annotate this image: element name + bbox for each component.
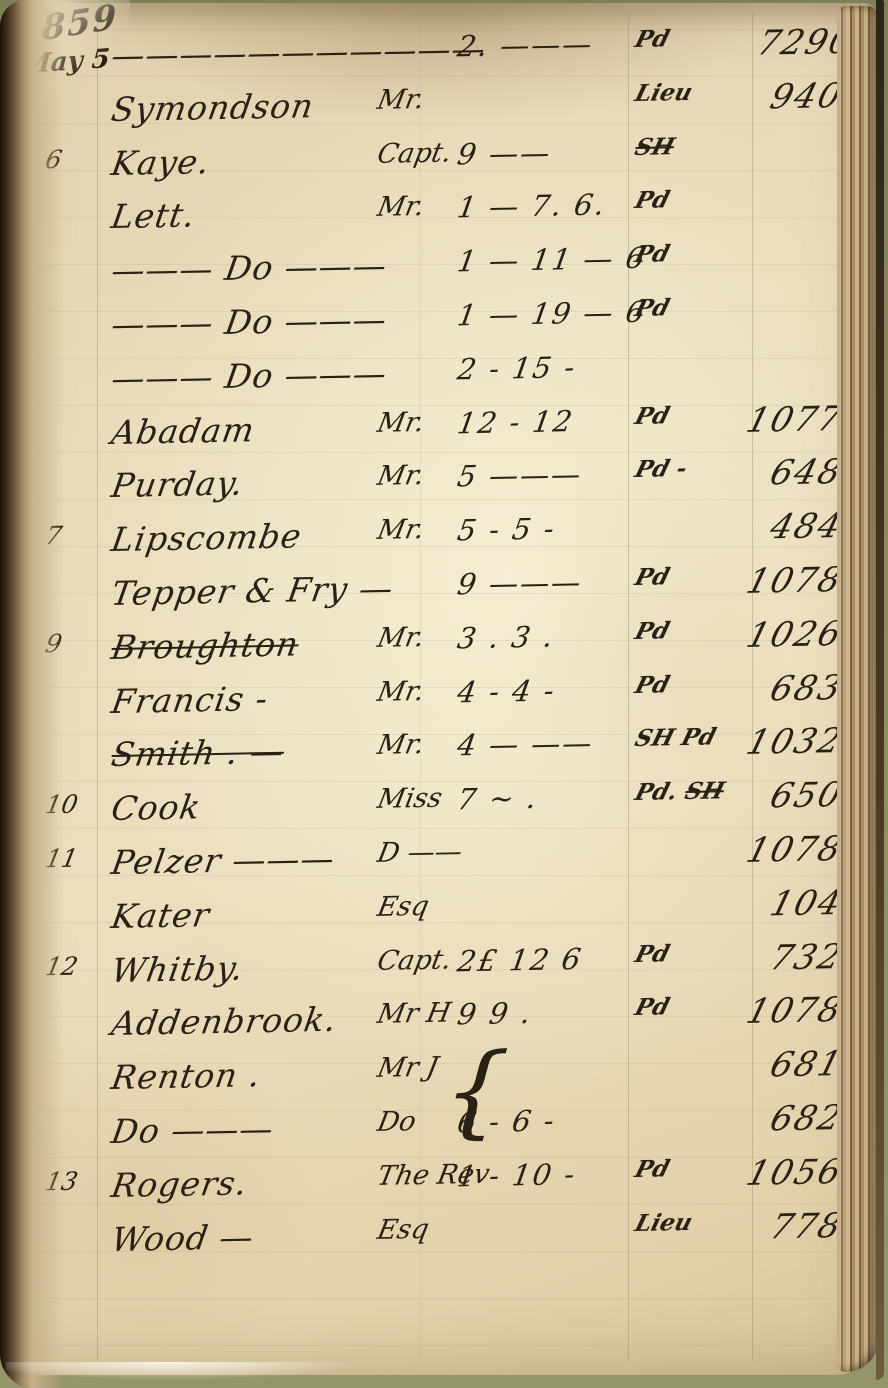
client-title: D —— bbox=[375, 836, 473, 869]
ledger-rows: ——————————— 2. ——— Pd 7290. Symondson Mr… bbox=[0, 3, 879, 1375]
payment-note: Pd bbox=[632, 185, 735, 214]
client-title: Esq bbox=[375, 1213, 473, 1246]
amount: 1 — 7. 6. bbox=[455, 187, 635, 224]
client-name: Kaye. bbox=[109, 138, 415, 183]
payment-note: Pd bbox=[632, 239, 735, 268]
amount: 12 - 12 bbox=[455, 403, 635, 440]
client-name: ——— Do ——— bbox=[109, 245, 415, 290]
client-name: Purday. bbox=[109, 461, 415, 506]
client-name: Rogers. bbox=[109, 1160, 415, 1205]
client-name: ——— Do ——— bbox=[109, 353, 415, 398]
client-name: Francis - bbox=[109, 676, 415, 721]
amount: 9 9 . bbox=[455, 994, 635, 1031]
client-name: Lipscombe bbox=[109, 514, 415, 559]
amount: 1 — 19 — 6 bbox=[455, 295, 635, 332]
payment-note-2 bbox=[685, 347, 745, 348]
client-name: Lett. bbox=[109, 192, 415, 237]
client-name: Broughton bbox=[109, 622, 415, 667]
client-name: ——————————— bbox=[109, 30, 415, 75]
payment-note: SH bbox=[632, 132, 735, 161]
client-name: Renton . bbox=[109, 1052, 415, 1097]
client-title: Esq bbox=[375, 890, 473, 923]
client-name: Whitby. bbox=[109, 945, 415, 990]
amount: 5 - 5 - bbox=[455, 510, 635, 547]
client-name: Wood — bbox=[109, 1214, 415, 1259]
amount: 9 ——— bbox=[455, 564, 635, 601]
amount: 9 —— bbox=[455, 134, 635, 171]
page-stack-shadow bbox=[876, 0, 884, 1380]
amount: 2£ 12 6 bbox=[455, 941, 635, 978]
amount: 1 - 10 - bbox=[455, 1156, 635, 1193]
client-name: Pelzer ——— bbox=[109, 837, 415, 882]
client-name: ——— Do ——— bbox=[109, 299, 415, 344]
ledger-photo: 1859 May 5 ——————————— 2. ——— Pd 7290. S… bbox=[0, 0, 888, 1388]
ledger-page: 1859 May 5 ——————————— 2. ——— Pd 7290. S… bbox=[0, 3, 879, 1375]
client-name: Symondson bbox=[109, 84, 415, 129]
page-stack-edges bbox=[837, 6, 879, 1372]
amount: 4 — —— bbox=[455, 725, 635, 762]
brace-mark: { bbox=[440, 1040, 511, 1142]
amount: 5 ——— bbox=[455, 456, 635, 493]
client-name: Tepper & Fry — bbox=[109, 568, 415, 613]
bottom-highlight bbox=[6, 1362, 406, 1384]
client-name: Do ——— bbox=[109, 1106, 415, 1151]
amount: 3 . 3 . bbox=[455, 618, 635, 655]
client-title: Mr. bbox=[375, 83, 473, 116]
payment-note: Pd bbox=[632, 293, 735, 322]
client-name: Kater bbox=[109, 891, 415, 936]
amount: 4 - 4 - bbox=[455, 672, 635, 709]
client-name: Cook bbox=[109, 783, 415, 828]
book-spine-edge bbox=[0, 0, 64, 1388]
amount: 2. ——— bbox=[455, 26, 635, 63]
amount: 2 - 15 - bbox=[455, 349, 635, 386]
amount: 1 — 11 — 6 bbox=[455, 241, 635, 278]
client-name: Abadam bbox=[109, 407, 415, 452]
client-name: Addenbrook. bbox=[109, 999, 415, 1044]
client-name: Smith . — bbox=[109, 730, 415, 775]
amount: 7 ~ . bbox=[455, 779, 635, 816]
